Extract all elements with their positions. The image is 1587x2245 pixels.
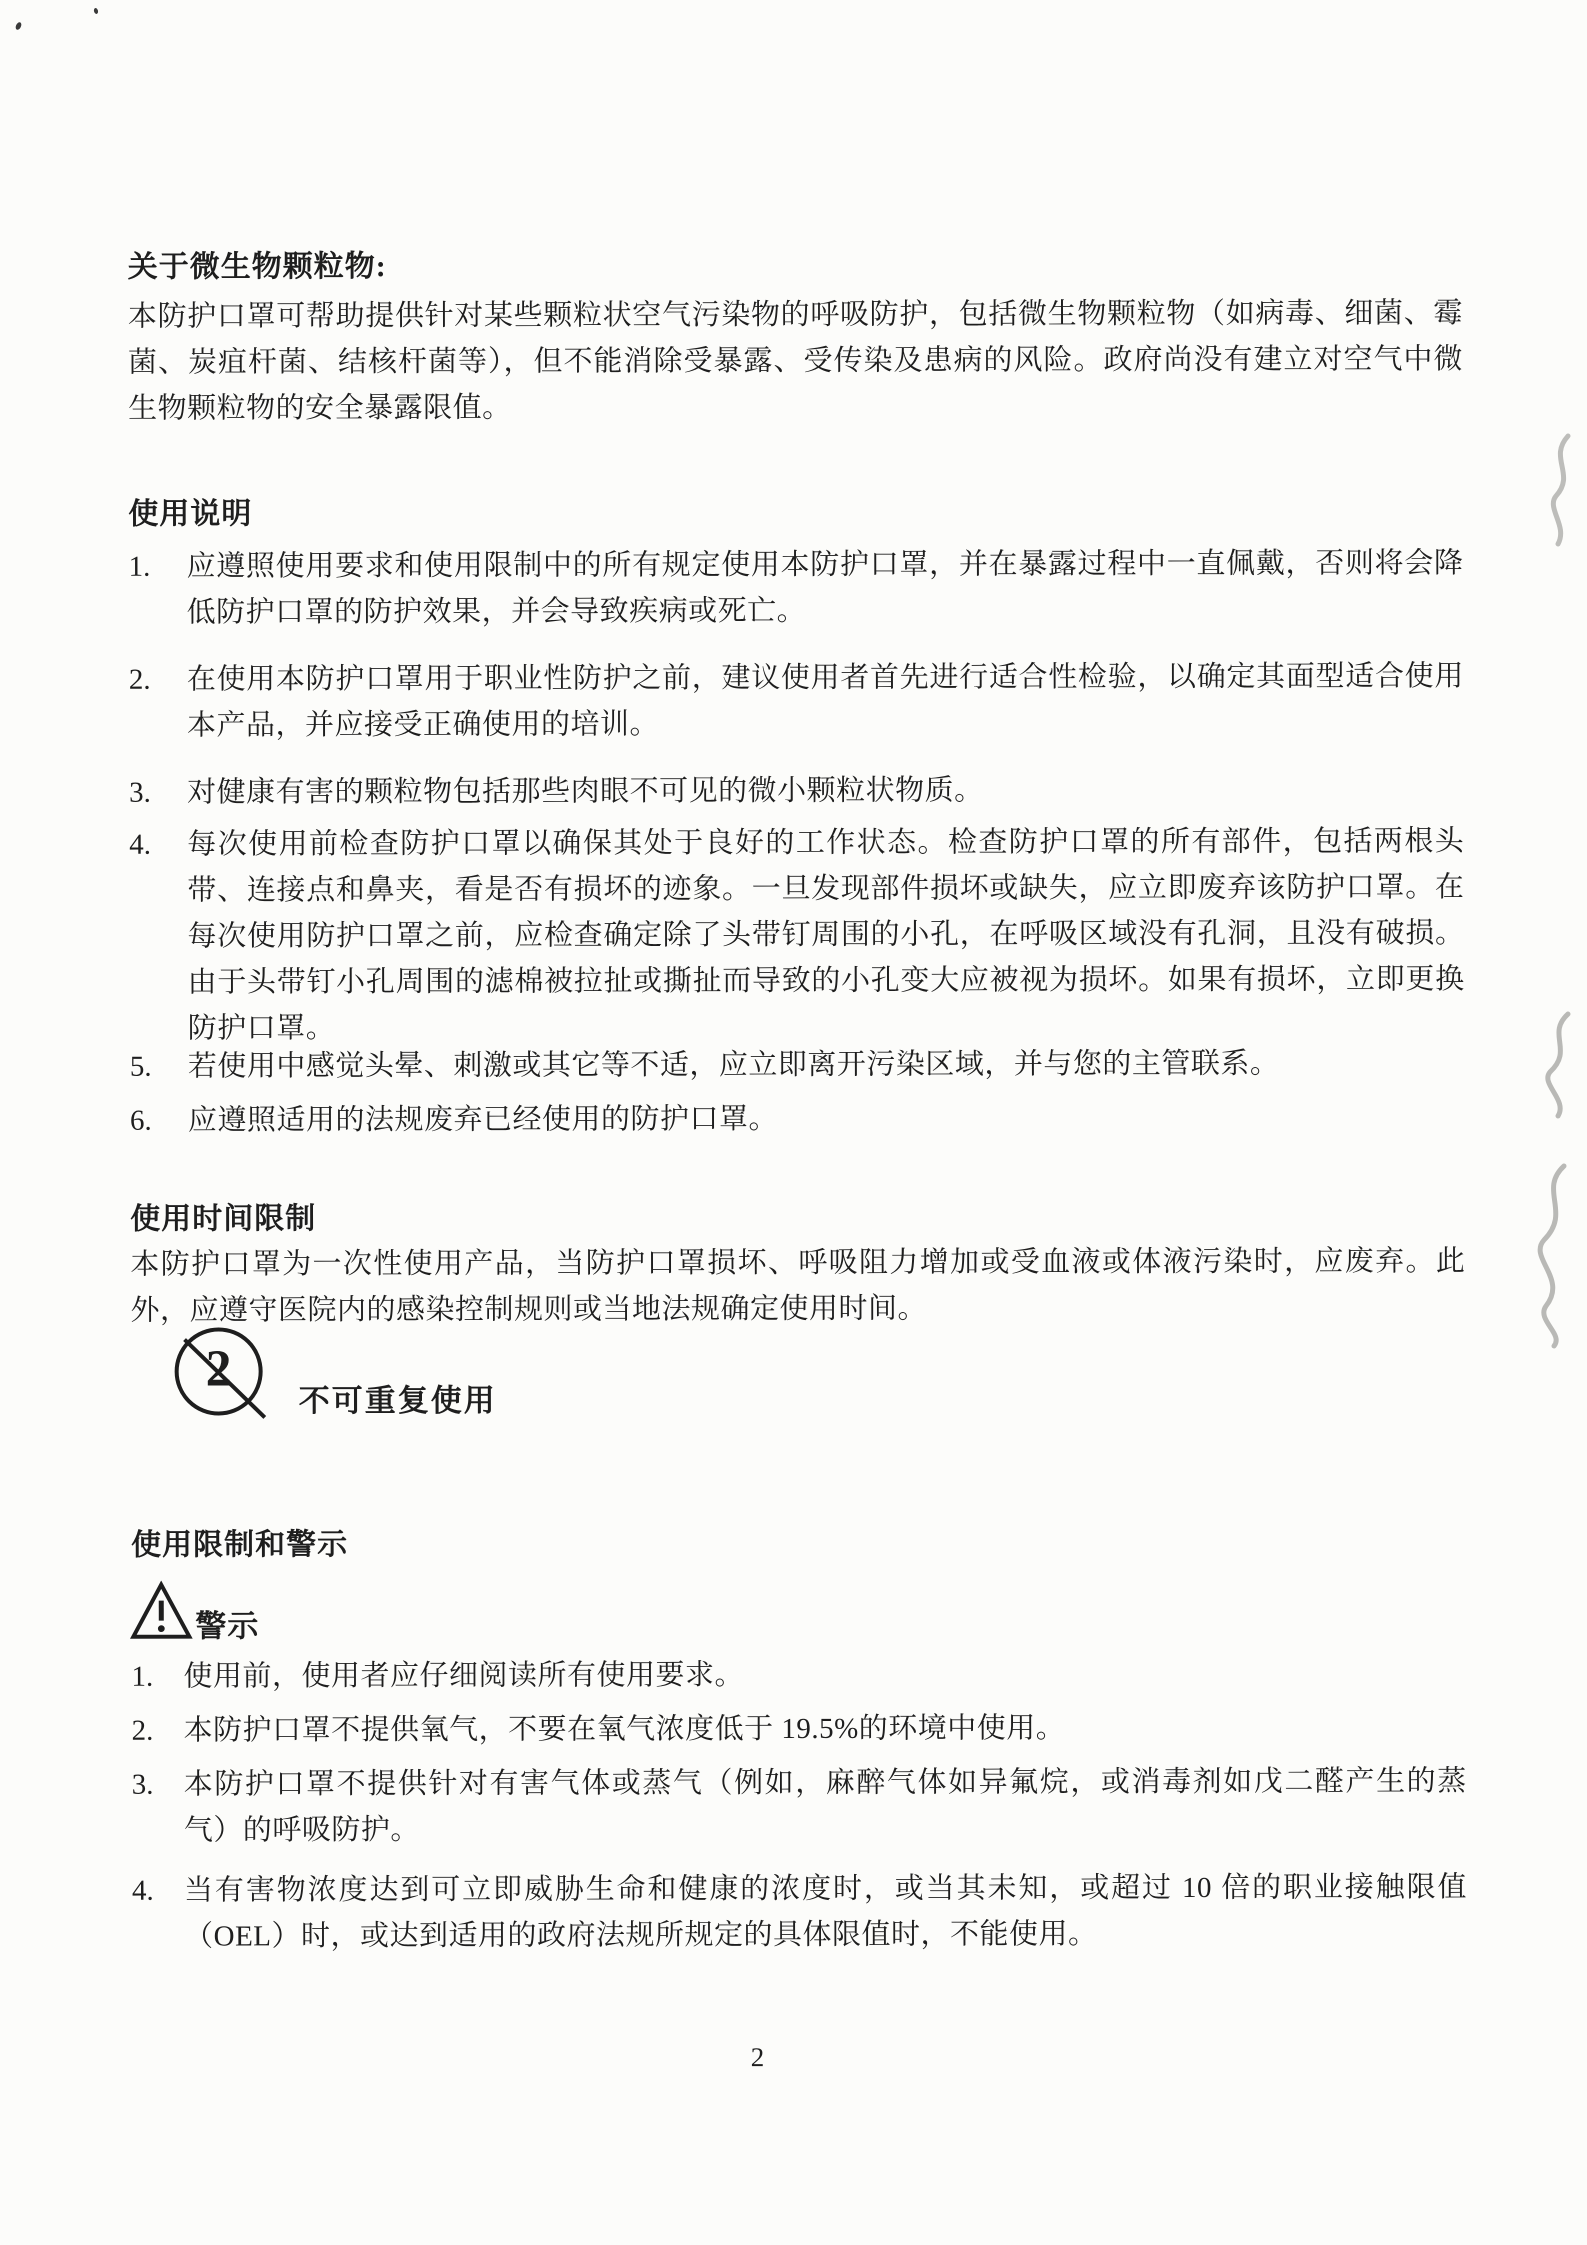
scanned-content: 关于微生物颗粒物: 本防护口罩可帮助提供针对某些颗粒状空气污染物的呼吸防护，包括… [0,0,1587,2245]
warning-item-text: 本防护口罩不提供针对有害气体或蒸气（例如，麻醉气体如异氟烷，或消毒剂如戊二醛产生… [184,1758,1467,1853]
scan-artifact [1534,1010,1580,1125]
limitations-heading: 使用限制和警示 [131,1519,348,1564]
about-paragraph: 本防护口罩可帮助提供针对某些颗粒状空气污染物的呼吸防护，包括微生物颗粒物（如病毒… [128,290,1463,431]
instruction-item-text: 在使用本防护口罩用于职业性防护之前，建议使用者首先进行适合性检验，以确定其面型适… [187,653,1464,748]
warning-triangle-icon [129,1581,193,1648]
instruction-item-text: 应遵照使用要求和使用限制中的所有规定使用本防护口罩，并在暴露过程中一直佩戴，否则… [186,540,1463,635]
caution-label: 警示 [195,1600,259,1647]
instruction-item-number: 5. [130,1044,188,1090]
no-reuse-label: 不可重复使用 [299,1375,497,1421]
warning-item-number: 1. [131,1654,183,1700]
about-heading: 关于微生物颗粒物: [128,241,387,286]
instruction-item: 5. 若使用中感觉头晕、刺激或其它等不适，应立即离开污染区域，并与您的主管联系。 [130,1040,1465,1089]
warning-item: 4. 当有害物浓度达到可立即威胁生命和健康的浓度时，或当其未知，或超过 10 倍… [132,1864,1467,1959]
instructions-heading: 使用说明 [128,488,252,532]
document-page: 关于微生物颗粒物: 本防护口罩可帮助提供针对某些颗粒状空气污染物的呼吸防护，包括… [0,0,1587,2245]
instruction-item-number: 1. [128,544,186,590]
instruction-item: 2. 在使用本防护口罩用于职业性防护之前，建议使用者首先进行适合性检验，以确定其… [129,653,1464,748]
warning-item-text: 使用前，使用者应仔细阅读所有使用要求。 [183,1650,1466,1699]
time-limit-heading: 使用时间限制 [130,1193,316,1237]
instruction-item-number: 2. [129,657,187,703]
instruction-item-number: 4. [129,822,187,868]
warning-item-number: 4. [132,1868,184,1914]
no-reuse-number: 2 [195,1339,243,1398]
caution-row: 警示 [129,1577,259,1647]
instruction-item-text: 对健康有害的颗粒物包括那些肉眼不可见的微小颗粒状物质。 [187,766,1464,815]
instruction-item-number: 6. [130,1098,188,1144]
instruction-item-text: 每次使用前检查防护口罩以确保其处于良好的工作状态。检查防护口罩的所有部件，包括两… [187,818,1465,1051]
instruction-item-text: 若使用中感觉头晕、刺激或其它等不适，应立即离开污染区域，并与您的主管联系。 [188,1040,1465,1089]
scan-artifact [1538,430,1582,555]
time-limit-paragraph: 本防护口罩为一次性使用产品，当防护口罩损坏、呼吸阻力增加或受血液或体液污染时，应… [130,1238,1465,1333]
no-reuse-symbol-block: 2 不可重复使用 [169,1323,589,1434]
page-number: 2 [2,2040,1512,2075]
instruction-item: 1. 应遵照使用要求和使用限制中的所有规定使用本防护口罩，并在暴露过程中一直佩戴… [128,540,1463,635]
scan-artifact [1524,1160,1580,1355]
instruction-item-text: 应遵照适用的法规废弃已经使用的防护口罩。 [188,1094,1465,1143]
warning-item-text: 当有害物浓度达到可立即威胁生命和健康的浓度时，或当其未知，或超过 10 倍的职业… [184,1864,1467,1959]
instruction-item-number: 3. [129,770,187,816]
warning-item: 2. 本防护口罩不提供氧气，不要在氧气浓度低于 19.5%的环境中使用。 [132,1704,1467,1753]
warning-item-text: 本防护口罩不提供氧气，不要在氧气浓度低于 19.5%的环境中使用。 [184,1704,1467,1753]
instruction-item: 6. 应遵照适用的法规废弃已经使用的防护口罩。 [130,1094,1465,1143]
warning-item-number: 3. [132,1762,184,1808]
warning-item: 1. 使用前，使用者应仔细阅读所有使用要求。 [131,1650,1466,1699]
warning-item-number: 2. [132,1708,184,1754]
instruction-item: 4. 每次使用前检查防护口罩以确保其处于良好的工作状态。检查防护口罩的所有部件，… [129,818,1465,1051]
instruction-item: 3. 对健康有害的颗粒物包括那些肉眼不可见的微小颗粒状物质。 [129,766,1464,815]
warning-item: 3. 本防护口罩不提供针对有害气体或蒸气（例如，麻醉气体如异氟烷，或消毒剂如戊二… [132,1758,1467,1853]
